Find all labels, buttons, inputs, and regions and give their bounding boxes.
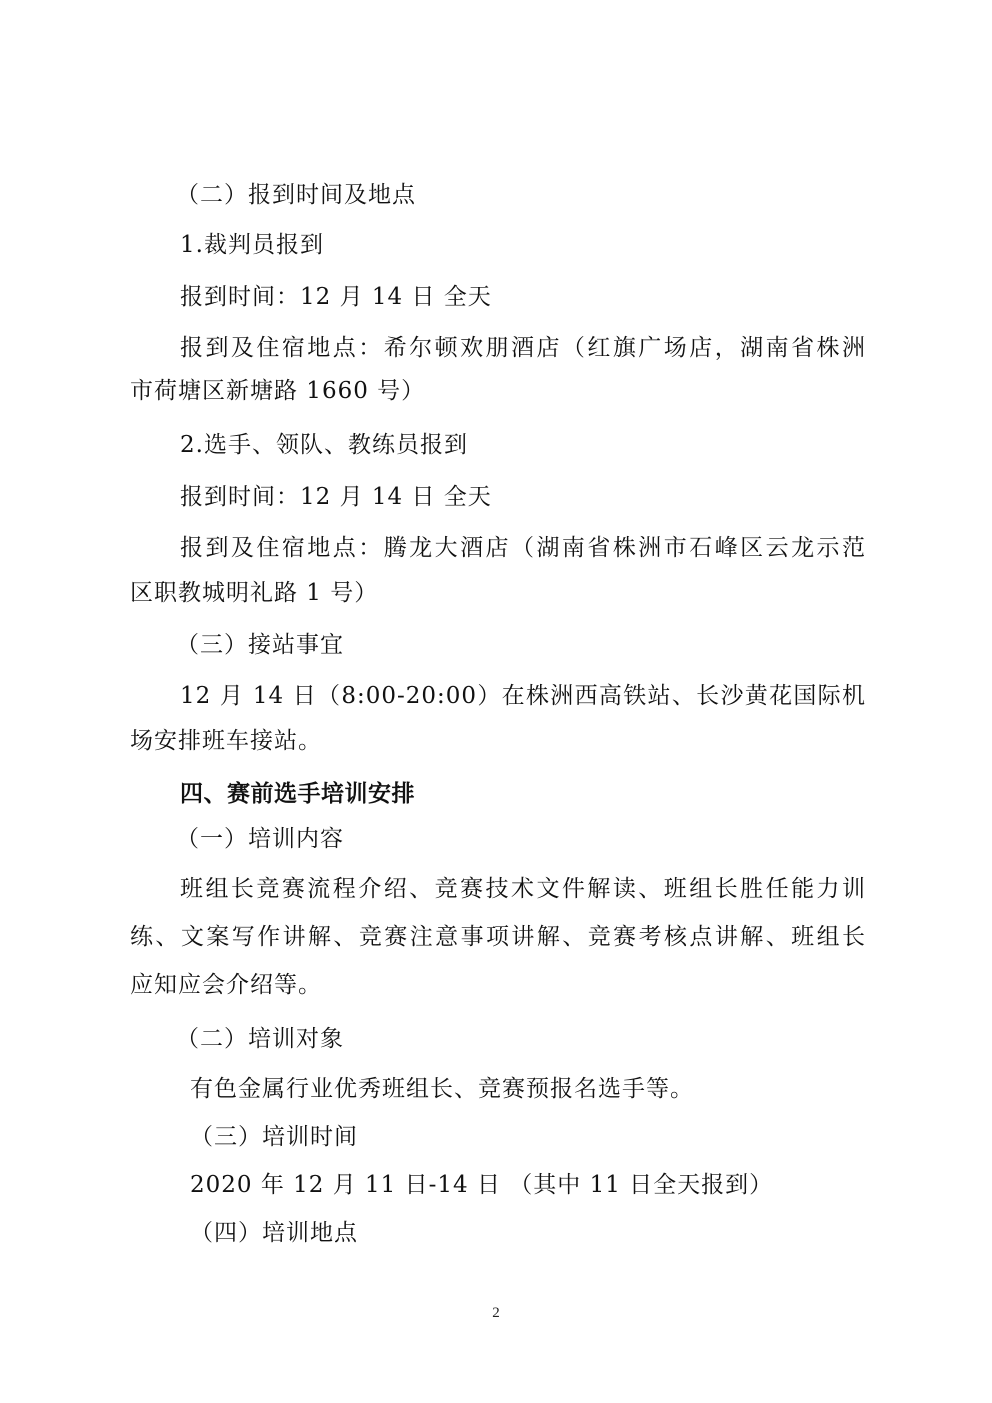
contestant-registration-place: 报到及住宿地点：腾龙大酒店（湖南省株洲市石峰区云龙示范 [180,533,866,563]
section-heading-training-content: （一）培训内容 [176,824,916,854]
subheading-contestant-registration: 2.选手、领队、教练员报到 [180,430,920,460]
chapter-heading-training: 四、赛前选手培训安排 [180,779,920,809]
training-time-body: 2020 年 12 月 11 日-14 日 （其中 11 日全天报到） [190,1170,930,1200]
section-heading-training-location: （四）培训地点 [190,1218,930,1248]
referee-registration-place-cont: 市荷塘区新塘路 1660 号） [130,376,870,406]
subheading-referee-registration: 1.裁判员报到 [180,230,920,260]
contestant-registration-time: 报到时间：12 月 14 日 全天 [180,482,920,512]
section-heading-training-target: （二）培训对象 [176,1024,916,1054]
pickup-details: 12 月 14 日（8:00-20:00）在株洲西高铁站、长沙黄花国际机 [180,681,866,711]
section-heading-pickup: （三）接站事宜 [176,630,916,660]
training-content-body: 班组长竞赛流程介绍、竞赛技术文件解读、班组长胜任能力训 [180,874,866,904]
section-heading-training-time: （三）培训时间 [190,1122,930,1152]
training-target-body: 有色金属行业优秀班组长、竞赛预报名选手等。 [190,1074,930,1104]
document-page: （二）报到时间及地点 1.裁判员报到 报到时间：12 月 14 日 全天 报到及… [0,0,992,1403]
pickup-details-cont: 场安排班车接站。 [130,726,870,756]
section-heading-registration: （二）报到时间及地点 [176,180,916,210]
page-number: 2 [0,1305,992,1322]
referee-registration-time: 报到时间：12 月 14 日 全天 [180,282,920,312]
training-content-body-end: 应知应会介绍等。 [130,970,870,1000]
referee-registration-place: 报到及住宿地点：希尔顿欢朋酒店（红旗广场店，湖南省株洲 [180,333,866,363]
training-content-body-cont: 练、文案写作讲解、竞赛注意事项讲解、竞赛考核点讲解、班组长 [130,922,866,952]
contestant-registration-place-cont: 区职教城明礼路 1 号） [130,578,870,608]
